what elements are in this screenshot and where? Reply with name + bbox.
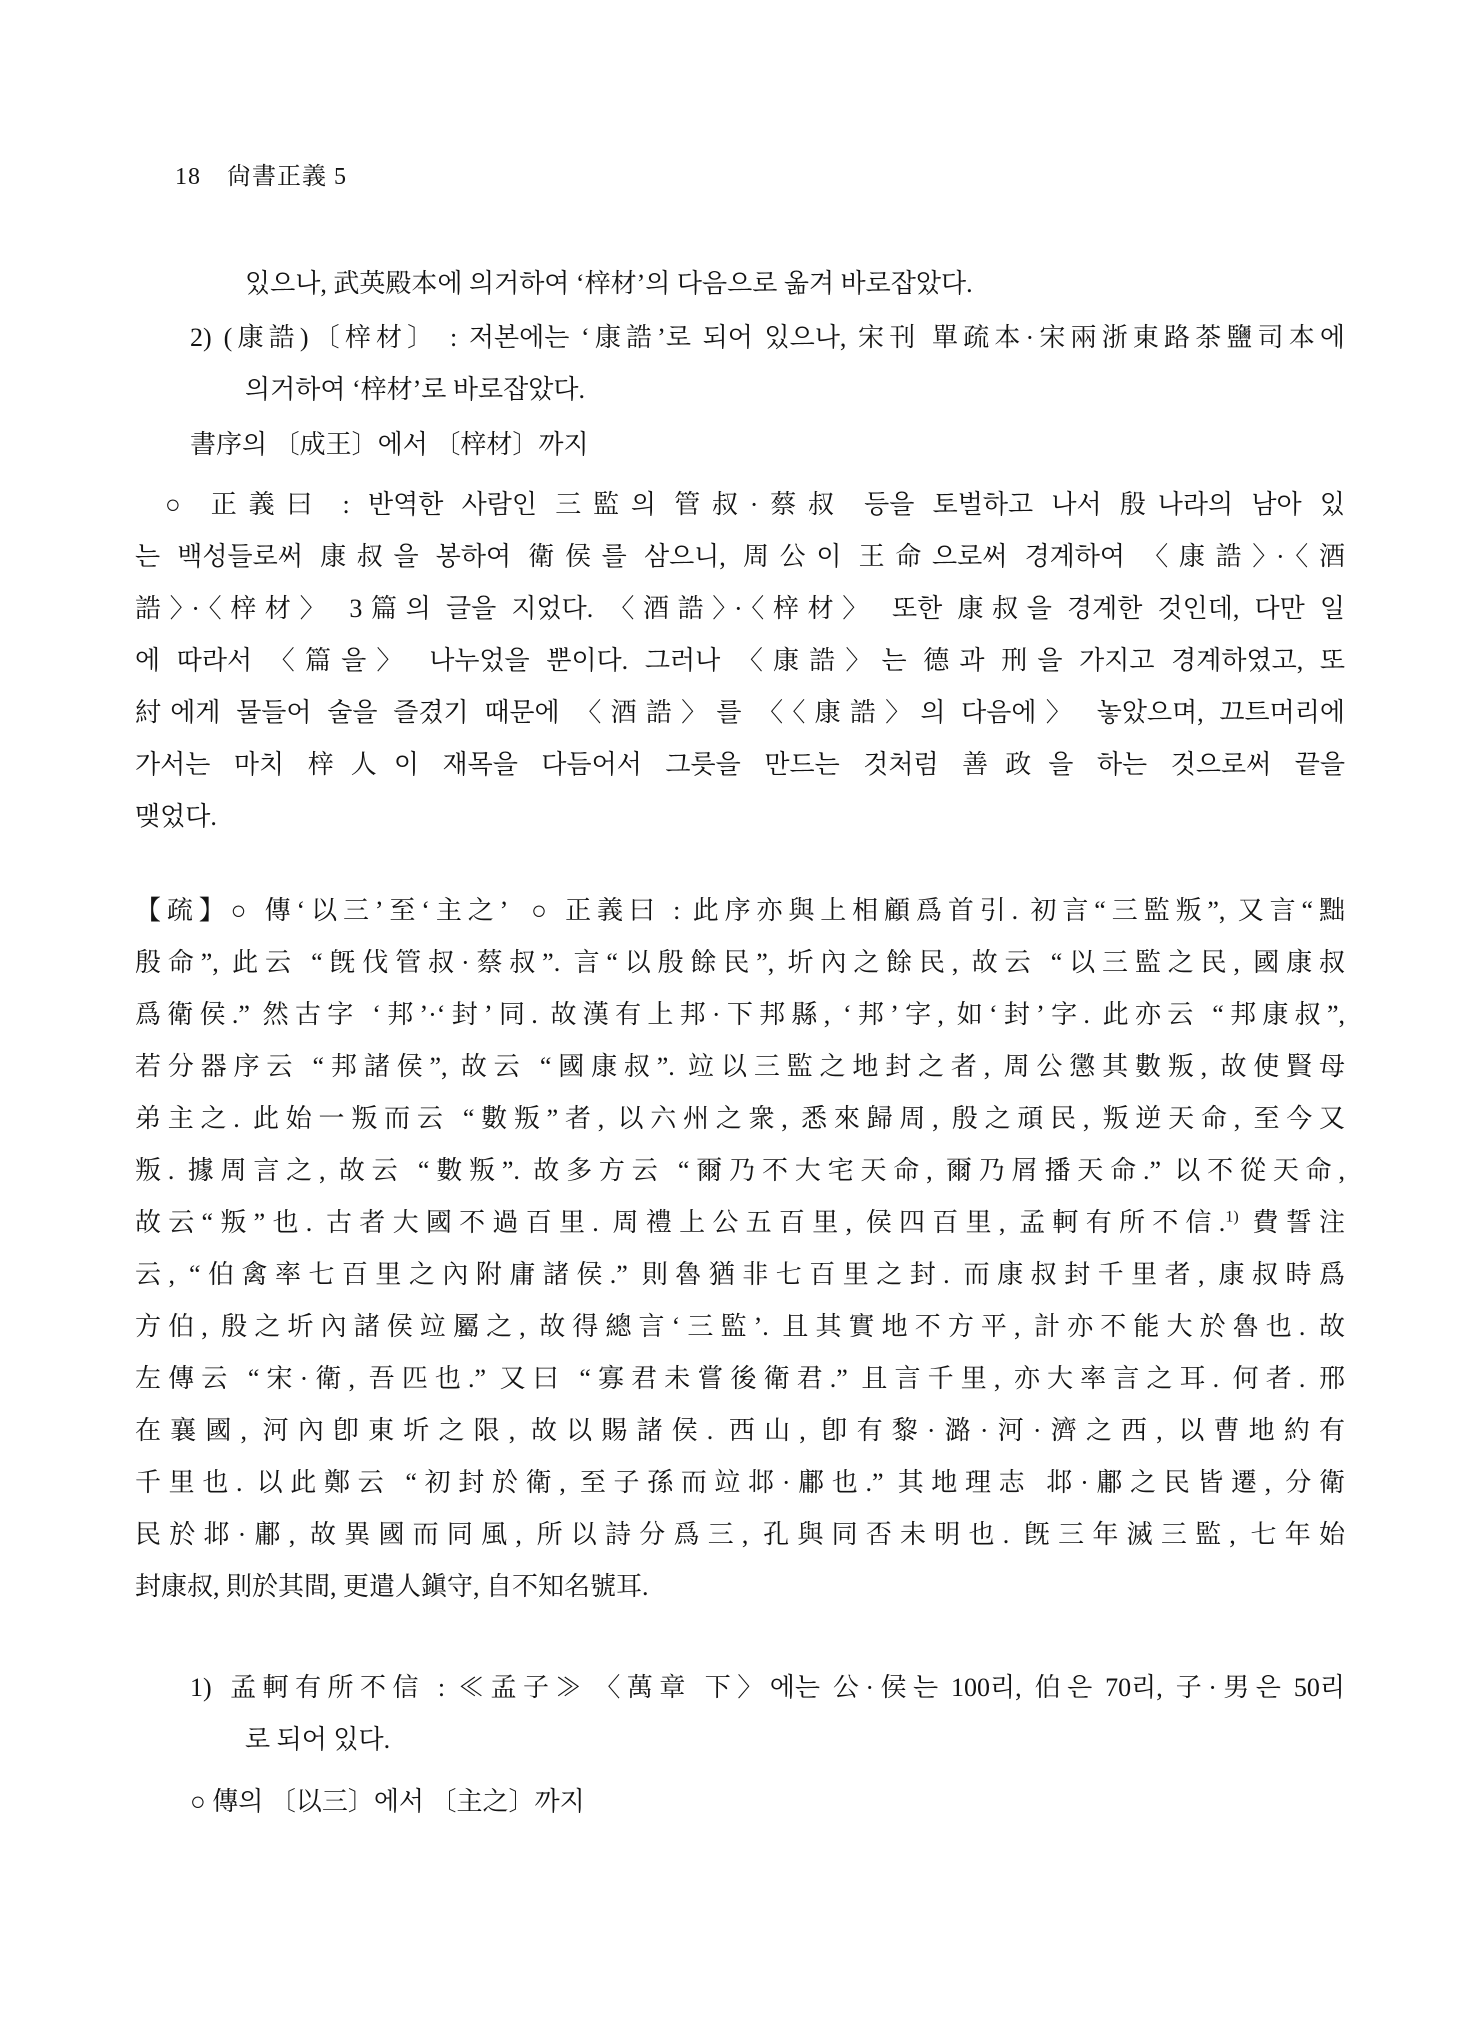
text-line: 1)孟軻有所不信 : ≪孟子≫ 〈萬章 下〉에는 公·侯는 100리, 伯은 7… — [135, 1662, 1345, 1714]
text-line: 民於邶·鄘, 故異國而同風, 所以詩分爲三, 孔與同否未明也. 旣三年滅三監, … — [135, 1509, 1345, 1561]
text-line: 在襄國, 河內卽東圻之限, 故以賜諸侯. 西山, 卽有黎·潞·河·濟之西, 以曹… — [135, 1405, 1345, 1457]
text-line: 叛. 據周言之, 故云 “數叛”. 故多方云 “爾乃不大宅天命, 爾乃屑播天命.… — [135, 1145, 1345, 1197]
note-marker: 2) — [190, 323, 212, 352]
footnote-1: 1)孟軻有所不信 : ≪孟子≫ 〈萬章 下〉에는 公·侯는 100리, 伯은 7… — [135, 1662, 1345, 1766]
page-number: 18 — [175, 164, 201, 190]
text-line: 는 백성들로써 康叔을 봉하여 衛侯를 삼으니, 周公이 王命으로써 경계하여 … — [135, 531, 1345, 583]
page-header: 18尙書正義 5 — [175, 160, 347, 194]
text-segment: 費誓注 — [1239, 1208, 1345, 1237]
translation-paragraph: ○ 正義曰 : 반역한 사람인 三監의 管叔·蔡叔 등을 토벌하고 나서 殷나라… — [135, 479, 1345, 843]
text-line: ○ 正義曰 : 반역한 사람인 三監의 管叔·蔡叔 등을 토벌하고 나서 殷나라… — [135, 479, 1345, 531]
text-line: 云, “伯禽率七百里之內附庸諸侯.” 則魯猶非七百里之封. 而康叔封千里者, 康… — [135, 1249, 1345, 1301]
text-line: 2)(康誥)〔梓材〕 : 저본에는 ‘康誥’로 되어 있으나, 宋刊 單疏本·宋… — [135, 312, 1345, 364]
text-line: 千里也. 以此鄭云 “初封於衛, 至子孫而竝邶·鄘也.” 其地理志 邶·鄘之民皆… — [135, 1457, 1345, 1509]
text-segment: 孟軻有所不信 : ≪孟子≫ 〈萬章 下〉에는 公·侯는 100리, 伯은 70리… — [224, 1673, 1345, 1702]
note-marker: 1) — [190, 1673, 212, 1702]
closing-heading: ○ 傳의 〔以三〕에서 〔主之〕까지 — [135, 1776, 1345, 1828]
footnote-ref-1: 1) — [1225, 1208, 1238, 1225]
text-line: 가서는 마치 梓人이 재목을 다듬어서 그릇을 만드는 것처럼 善政을 하는 것… — [135, 739, 1345, 791]
book-title: 尙書正義 5 — [227, 164, 347, 190]
closing-heading-block: ○ 傳의 〔以三〕에서 〔主之〕까지 — [135, 1776, 1345, 1828]
text-line: 爲衛侯.” 然古字 ‘邦’·‘封’同. 故漢有上邦·下邦縣, ‘邦’字, 如‘封… — [135, 989, 1345, 1041]
section-heading: 書序의 〔成王〕에서 〔梓材〕까지 — [135, 419, 1345, 471]
text-line: 紂에게 물들어 술을 즐겼기 때문에 〈酒誥〉를 〈〈康誥〉의 다음에〉 놓았으… — [135, 687, 1345, 739]
text-line: 殷命”, 此云 “旣伐管叔·蔡叔”. 言“以殷餘民”, 圻內之餘民, 故云 “以… — [135, 937, 1345, 989]
text-line: 左傳云 “宋·衛, 吾匹也.” 又曰 “寡君未嘗後衛君.” 且言千里, 亦大率言… — [135, 1353, 1345, 1405]
text-line: 에 따라서 〈篇을〉 나누었을 뿐이다. 그러나 〈康誥〉는 德과 刑을 가지고… — [135, 635, 1345, 687]
text-line: 弟主之. 此始一叛而云 “數叛”者, 以六州之衆, 悉來歸周, 殷之頑民, 叛逆… — [135, 1093, 1345, 1145]
section-heading-block: 書序의 〔成王〕에서 〔梓材〕까지 — [135, 419, 1345, 471]
text-line: 誥〉·〈梓材〉 3篇의 글을 지었다. 〈酒誥〉·〈梓材〉 또한 康叔을 경계한… — [135, 583, 1345, 635]
prior-note-1-continuation: 있으나, 武英殿本에 의거하여 ‘梓材’의 다음으로 옮겨 바로잡았다. — [135, 258, 1345, 310]
text-line: 맺었다. — [135, 791, 1345, 843]
prior-note-2: 2)(康誥)〔梓材〕 : 저본에는 ‘康誥’로 되어 있으나, 宋刊 單疏本·宋… — [135, 312, 1345, 416]
text-segment: (康誥)〔梓材〕 : 저본에는 ‘康誥’로 되어 있으나, 宋刊 單疏本·宋兩浙… — [224, 323, 1345, 352]
text-line: 方伯, 殷之圻內諸侯竝屬之, 故得總言‘三監’. 且其實地不方平, 計亦不能大於… — [135, 1301, 1345, 1353]
text-line: 있으나, 武英殿本에 의거하여 ‘梓材’의 다음으로 옮겨 바로잡았다. — [135, 258, 1345, 310]
text-line: 【疏】○ 傳‘以三’至‘主之’ ○ 正義曰 : 此序亦與上相顧爲首引. 初言“三… — [135, 885, 1345, 937]
commentary-paragraph: 【疏】○ 傳‘以三’至‘主之’ ○ 正義曰 : 此序亦與上相顧爲首引. 初言“三… — [135, 885, 1345, 1613]
text-line: 若分器序云 “邦諸侯”, 故云 “國康叔”. 竝以三監之地封之者, 周公懲其數叛… — [135, 1041, 1345, 1093]
text-line: 故云“叛”也. 古者大國不過百里. 周禮上公五百里, 侯四百里, 孟軻有所不信.… — [135, 1197, 1345, 1249]
text-line: 로 되어 있다. — [135, 1714, 1345, 1766]
book-page: 18尙書正義 5 있으나, 武英殿本에 의거하여 ‘梓材’의 다음으로 옮겨 바… — [0, 0, 1480, 2024]
text-line: 封康叔, 則於其間, 更遣人鎭守, 自不知名號耳. — [135, 1561, 1345, 1613]
text-line: 의거하여 ‘梓材’로 바로잡았다. — [135, 364, 1345, 416]
text-segment: 故云“叛”也. 古者大國不過百里. 周禮上公五百里, 侯四百里, 孟軻有所不信. — [135, 1208, 1225, 1237]
